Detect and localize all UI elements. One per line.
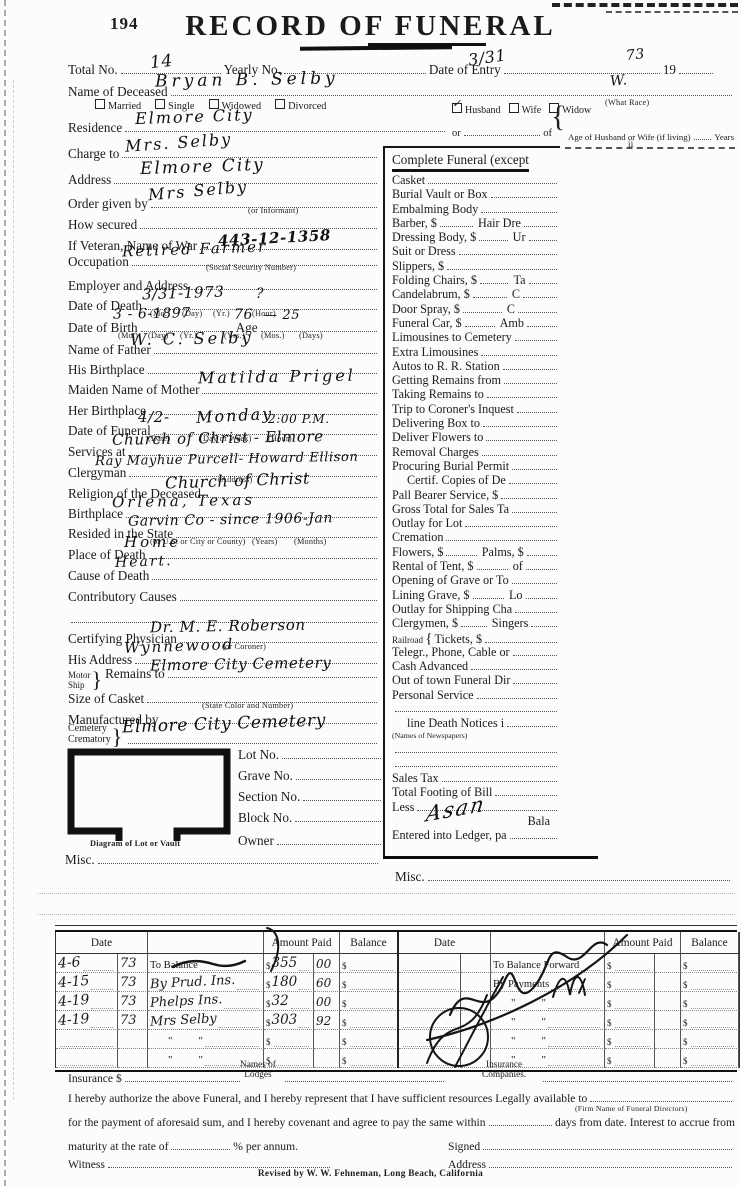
dotted-line xyxy=(277,833,381,845)
dotted-line xyxy=(282,747,381,759)
dotted-line xyxy=(513,646,557,656)
dotted-line xyxy=(543,1072,732,1082)
firm-name-sublabel: (Firm Name of Funeral Directors) xyxy=(575,1104,688,1113)
ledger-cell: 00 xyxy=(314,992,340,1011)
fee-line: Pall Bearer Service, $ xyxy=(392,488,560,502)
fee-text: Ta xyxy=(513,273,525,287)
handwritten-funeral-hour: 2:00 P.M. xyxy=(268,412,330,426)
handwritten-services: Church of Christ - Elmore xyxy=(112,427,324,449)
dotted-line xyxy=(489,1158,732,1168)
address-label: Address xyxy=(68,172,111,188)
ledger-cell xyxy=(118,1030,148,1049)
casket-size-label: Size of Casket xyxy=(68,691,144,707)
ship-label: Ship xyxy=(68,680,85,690)
ledger-cell xyxy=(399,992,461,1011)
dotted-line xyxy=(446,531,557,541)
ledger-cell xyxy=(655,954,681,973)
fee-text: Entered into Ledger, pa xyxy=(392,828,507,842)
dotted-line xyxy=(171,1140,230,1150)
dotted-line xyxy=(395,757,557,767)
lot-no-row: Lot No. xyxy=(238,747,384,763)
dotted-line xyxy=(295,810,381,822)
ledger-cell xyxy=(118,1049,148,1068)
dotted-line xyxy=(483,1140,732,1150)
dotted-line xyxy=(512,503,557,513)
fee-text: Tickets, $ xyxy=(434,632,482,645)
ledger-table: DateAmount PaidBalance4-673To Balance$35… xyxy=(55,930,737,1072)
dotted-line xyxy=(501,489,557,499)
ledger-cell xyxy=(399,954,461,973)
fees-heading: Complete Funeral (except xyxy=(392,152,560,173)
ledger-cell: $ xyxy=(605,1011,655,1030)
her-birthplace-label: Her Birthplace xyxy=(68,403,146,419)
lot-no-label: Lot No. xyxy=(238,747,279,763)
fee-line: Candelabrum, $C xyxy=(392,287,560,301)
fee-line: Telegr., Phone, Cable or xyxy=(392,645,560,659)
death-sub-yr: (Yr.) xyxy=(213,309,230,318)
payment-text-a: for the payment of aforesaid sum, and I … xyxy=(68,1116,486,1129)
dotted-line xyxy=(473,589,504,599)
dotted-line xyxy=(442,772,557,782)
fee-line: Autos to R. R. Station xyxy=(392,359,560,373)
railroad-brace: { xyxy=(425,631,432,645)
ledger-cell: $ xyxy=(340,992,398,1011)
fee-text: Outlay for Lot xyxy=(392,516,462,530)
ledger-cell xyxy=(56,1049,118,1068)
fee-text: Less xyxy=(392,800,414,814)
insurance-row: Insurance $ xyxy=(68,1072,243,1085)
ledger-cell xyxy=(461,1011,491,1030)
ledger-header-amount: Amount Paid xyxy=(264,932,340,954)
ledger-cell xyxy=(399,973,461,992)
diagram-caption: Diagram of Lot or Vault xyxy=(90,839,180,848)
fee-text: Barber, $ xyxy=(392,216,437,230)
ledger-cell xyxy=(399,1011,461,1030)
fee-line: Clergymen, $Singers xyxy=(392,616,560,630)
spouse-age-row: Age of Husband or Wife (if living) Years xyxy=(568,128,734,142)
fee-line: Burial Vault or Box xyxy=(392,187,560,201)
fee-line: Rental of Tent, $of xyxy=(392,559,560,573)
fee-text: Ur xyxy=(513,230,526,244)
dotted-line xyxy=(491,188,557,198)
cemetery-word: Cemetery xyxy=(68,723,107,734)
dotted-line xyxy=(518,303,557,313)
dotted-line xyxy=(465,317,495,327)
lodges-label: Names ofLodges xyxy=(240,1060,276,1080)
dotted-line xyxy=(471,660,557,670)
fee-line: Taking Remains to xyxy=(392,387,560,401)
cause-label: Cause of Death xyxy=(68,568,149,584)
dotted-line xyxy=(140,217,377,229)
dotted-line xyxy=(428,869,730,881)
checkbox-husband-label: Husband xyxy=(465,105,501,116)
ledger-cell xyxy=(461,954,491,973)
fee-text: Suit or Dress xyxy=(392,244,456,258)
informant-sublabel: (or Informant) xyxy=(248,206,299,215)
order-label: Order given by xyxy=(68,196,148,212)
fee-line: Out of town Funeral Dir xyxy=(392,673,560,687)
dotted-line xyxy=(285,1072,444,1082)
motor-ship-stack: MotorShip xyxy=(68,670,91,690)
ledger-cell: $303 xyxy=(264,1011,314,1030)
handwritten-remains: Elmore City Cemetery xyxy=(150,653,332,674)
ledger-cell: 00 xyxy=(314,954,340,973)
fee-line: Dressing Body, $Ur xyxy=(392,230,560,244)
fee-text: Palms, $ xyxy=(482,545,524,559)
railroad-stack: Railroador Motor xyxy=(392,635,424,645)
ruler-dashes xyxy=(565,147,735,149)
fee-text: Embalming Body xyxy=(392,202,478,216)
ledger-cell xyxy=(655,1030,681,1049)
fee-text: Gross Total for Sales Ta xyxy=(392,502,509,516)
checkbox-wife xyxy=(509,103,519,113)
dotted-line xyxy=(465,517,557,527)
dotted-line xyxy=(480,274,509,284)
checkbox-wife-label: Wife xyxy=(522,105,542,116)
section-no-row: Section No. xyxy=(238,789,384,805)
fee-text: Certif. Copies of De xyxy=(407,473,506,487)
fee-text: Slippers, $ xyxy=(392,259,444,273)
fee-line: Embalming Body xyxy=(392,202,560,216)
dotted-line xyxy=(180,589,377,601)
dotted-line xyxy=(125,1072,240,1082)
dotted-line xyxy=(482,446,557,456)
companies-label-1: Insurance xyxy=(486,1060,522,1070)
fee-text: C xyxy=(512,287,520,301)
fee-line: Lining Grave, $Lo xyxy=(392,588,560,602)
handwritten-birth-date: 3 - 6-1897 xyxy=(113,305,191,322)
title-underline xyxy=(300,45,452,51)
ledger-cell xyxy=(655,992,681,1011)
fee-line: Entered into Ledger, pa xyxy=(392,828,560,842)
dotted-line xyxy=(440,217,473,227)
misc-right-label: Misc. xyxy=(395,869,425,885)
handwritten-total-no: 14 xyxy=(149,51,174,73)
dotted-line xyxy=(504,374,557,384)
fee-line: Cremation xyxy=(392,530,560,544)
companies-label: InsuranceCompanies. xyxy=(482,1060,526,1080)
ledger-cell xyxy=(655,973,681,992)
ledger-cell: 4-19 xyxy=(56,1011,118,1030)
dotted-line xyxy=(447,260,557,270)
checkbox-divorced-label: Divorced xyxy=(288,101,326,112)
fee-text: Limousines to Cemetery xyxy=(392,330,512,344)
dotted-line xyxy=(529,274,558,284)
dotted-line xyxy=(483,417,557,427)
handwritten-death-date: 3/31-1973 xyxy=(142,283,225,304)
fee-line: Cash Advanced xyxy=(392,659,560,673)
ledger-header-balance: Balance xyxy=(681,932,739,954)
dotted-line xyxy=(481,203,557,213)
dotted-line xyxy=(459,245,557,255)
ledger-cell xyxy=(461,973,491,992)
fee-text: Candelabrum, $ xyxy=(392,287,470,301)
dotted-line xyxy=(526,560,557,570)
ledger-cell: To Balance Forward xyxy=(491,954,605,973)
ledger-cell: To Balance xyxy=(148,954,264,973)
fee-line: Flowers, $Palms, $ xyxy=(392,545,560,559)
revised-credit: Revised by W. W. Fehneman, Long Beach, C… xyxy=(0,1169,741,1179)
ledger-cell: $ xyxy=(681,992,739,1011)
dotted-line xyxy=(464,124,541,136)
fee-line: Procuring Burial Permit xyxy=(392,459,560,473)
ledger-header-date: Date xyxy=(399,932,491,954)
dotted-line xyxy=(507,717,557,727)
fee-text: Cash Advanced xyxy=(392,659,468,673)
name-label: Name of Deceased xyxy=(68,84,168,100)
ledger-cell: "" xyxy=(491,992,605,1011)
dotted-line xyxy=(503,360,557,370)
ruler-mark: ii xyxy=(628,139,633,149)
fee-text: Removal Charges xyxy=(392,445,479,459)
fee-line: Funeral Car, $Amb xyxy=(392,316,560,330)
ledger-cell xyxy=(491,932,605,954)
fee-text: line Death Notices i xyxy=(407,716,504,730)
handwritten-birthplace: Orlena, Texas xyxy=(112,491,255,511)
fee-line: Sales Tax xyxy=(392,771,560,785)
section-no-label: Section No. xyxy=(238,789,300,805)
dotted-line xyxy=(526,589,557,599)
fee-text: Lo xyxy=(509,588,523,602)
ledger-cell: 60 xyxy=(314,973,340,992)
checkbox-husband: ✓ xyxy=(452,103,462,113)
companies-dots xyxy=(540,1072,735,1082)
year-printed: 19 xyxy=(663,62,676,78)
ledger-cell: $ xyxy=(681,1030,739,1049)
fee-text: Sales Tax xyxy=(392,771,439,785)
fee-text: Bala xyxy=(528,814,550,828)
fee-line: Railroador Motor{Tickets, $ xyxy=(392,631,560,645)
faint-dotted-line-2 xyxy=(38,914,735,915)
dotted-line xyxy=(527,317,557,327)
authorize-text: I hereby authorize the above Funeral, an… xyxy=(68,1092,587,1105)
fee-line: Slippers, $ xyxy=(392,259,560,273)
ledger-cell: $ xyxy=(340,1011,398,1030)
misc-left-row: Misc. xyxy=(65,852,381,868)
ledger-cell: $ xyxy=(605,973,655,992)
fee-line: Suit or Dress xyxy=(392,244,560,258)
grave-no-row: Grave No. xyxy=(238,768,384,784)
dotted-line xyxy=(523,288,557,298)
handwritten-name: Bryan B. Selby xyxy=(155,68,339,91)
motor-label: Motor xyxy=(68,670,91,680)
ledger-cell: $ xyxy=(681,954,739,973)
ledger-right-half: DateAmount PaidBalanceTo Balance Forward… xyxy=(397,932,740,1068)
signed-row: Signed xyxy=(448,1140,735,1153)
fee-text: Door Spray, $ xyxy=(392,302,460,316)
ledger-header-amount: Amount Paid xyxy=(605,932,681,954)
ledger-cell xyxy=(314,1049,340,1068)
handwritten-funeral-date: 4/2- xyxy=(138,408,170,426)
fee-text: Dressing Body, $ xyxy=(392,230,476,244)
fee-text: Extra Limousines xyxy=(392,345,478,359)
fee-text: Autos to R. R. Station xyxy=(392,359,500,373)
dotted-line xyxy=(513,674,557,684)
fee-line: Personal Service xyxy=(392,688,560,702)
ledger-cell xyxy=(56,1030,118,1049)
fee-text: Trip to Coroner's Inquest xyxy=(392,402,514,416)
fee-text: Opening of Grave or To xyxy=(392,573,509,587)
ledger-cell: $ xyxy=(605,954,655,973)
ledger-cell: 4-15 xyxy=(56,973,118,992)
mother-label: Maiden Name of Mother xyxy=(68,382,199,398)
fee-text: Outlay for Shipping Cha xyxy=(392,602,512,616)
fee-text: Singers xyxy=(492,616,529,630)
ledger-cell: $ xyxy=(681,1011,739,1030)
ledger-cell: Mrs Selby xyxy=(148,1011,264,1030)
spouse-brace: { xyxy=(551,100,565,134)
fee-text: Deliver Flowers to xyxy=(392,430,483,444)
handwritten-months-days: — 25 xyxy=(264,308,300,323)
fee-line: Extra Limousines xyxy=(392,345,560,359)
ledger-header-date: Date xyxy=(56,932,148,954)
handwritten-death-place: Home xyxy=(124,533,181,551)
fee-line: Limousines to Cemetery xyxy=(392,330,560,344)
fees-bottom-rule xyxy=(383,856,598,859)
fee-text: Personal Service xyxy=(392,688,474,702)
dotted-line xyxy=(303,789,381,801)
fee-line: Trip to Coroner's Inquest xyxy=(392,402,560,416)
fee-line: Outlay for Shipping Cha xyxy=(392,602,560,616)
maturity-text-b: % per annum. xyxy=(233,1140,298,1153)
checkbox-married xyxy=(95,99,105,109)
payment-text-b: days from date. Interest to accrue from xyxy=(555,1116,735,1129)
handwritten-race: W. xyxy=(609,72,628,89)
fee-text: Funeral Car, $ xyxy=(392,316,462,330)
ledger-cell: $ xyxy=(264,1030,314,1049)
fee-text: Telegr., Phone, Cable or xyxy=(392,645,510,659)
dotted-line xyxy=(428,174,557,184)
maturity-text-a: maturity at the rate of xyxy=(68,1140,168,1153)
owner-label: Owner xyxy=(238,833,274,849)
ledger-cell: $ xyxy=(681,1049,739,1068)
fee-text: Clergymen, $ xyxy=(392,616,458,630)
ledger-cell: "" xyxy=(491,1011,605,1030)
ledger-cell xyxy=(399,1030,461,1049)
dotted-line xyxy=(395,743,557,753)
form-title: RECORD OF FUNERAL xyxy=(0,10,741,43)
dotted-line xyxy=(463,303,502,313)
fee-text: Delivering Box to xyxy=(392,416,480,430)
lodges-label-2: Lodges xyxy=(244,1070,271,1080)
dotted-line xyxy=(485,633,557,643)
handwritten-entry-year: 73 xyxy=(625,46,646,64)
faint-dotted-line xyxy=(38,893,735,894)
ledger-cell: $180 xyxy=(264,973,314,992)
dotted-line xyxy=(461,617,487,627)
dotted-line xyxy=(524,217,557,227)
dotted-line xyxy=(489,1116,553,1126)
ledger-cell: 4-19 xyxy=(56,992,118,1011)
ledger-cell: $ xyxy=(605,1049,655,1068)
dotted-line xyxy=(152,568,377,580)
ledger-cell xyxy=(148,932,264,954)
title-underline-2 xyxy=(368,43,486,46)
dotted-line xyxy=(296,768,381,780)
misc-left-label: Misc. xyxy=(65,852,95,868)
birth-sub-mos: (Mos.) xyxy=(261,331,285,340)
occupation-label: Occupation xyxy=(68,254,129,270)
signed-label: Signed xyxy=(448,1140,480,1153)
ledger-cell: 73 xyxy=(118,992,148,1011)
spouse-status-row: ✓ Husband Wife Widow xyxy=(452,103,605,116)
dotted-line xyxy=(477,560,508,570)
ledger-cell: 73 xyxy=(118,954,148,973)
ledger-cell xyxy=(461,1030,491,1049)
dotted-line xyxy=(98,852,378,864)
fee-line: line Death Notices i xyxy=(392,716,560,730)
fee-text: C xyxy=(507,302,515,316)
binding-dash-line-2 xyxy=(13,80,14,1100)
secured-label: How secured xyxy=(68,217,137,233)
fee-line xyxy=(392,743,560,757)
handwritten-mother: Matilda Prigel xyxy=(198,366,356,388)
maturity-line: maturity at the rate of% per annum. xyxy=(68,1140,298,1153)
lot-vault-diagram xyxy=(62,744,238,844)
ledger-cell: 73 xyxy=(118,973,148,992)
spouse-or-of-row: or of xyxy=(452,124,552,139)
fee-line: Certif. Copies of De xyxy=(392,473,560,487)
fee-text: of xyxy=(513,559,523,573)
dotted-line xyxy=(504,62,660,74)
payment-line: for the payment of aforesaid sum, and I … xyxy=(68,1116,735,1129)
dotted-line xyxy=(487,388,557,398)
dotted-line xyxy=(529,231,557,241)
dotted-line xyxy=(486,431,557,441)
dotted-line xyxy=(590,1092,732,1102)
ledger-cell: "" xyxy=(148,1030,264,1049)
checkbox-divorced xyxy=(275,99,285,109)
ledger-top-rule xyxy=(55,925,737,926)
handwritten-phys-address: Wynnewood xyxy=(124,635,235,657)
ledger-cell: $ xyxy=(605,992,655,1011)
ssn-sublabel: (Social Security Number) xyxy=(206,263,296,272)
contributory-label: Contributory Causes xyxy=(68,589,177,605)
ledger-cell xyxy=(655,1049,681,1068)
dotted-line xyxy=(515,603,557,613)
owner-row: Owner xyxy=(238,833,384,849)
field-row-order: Order given by xyxy=(68,196,380,212)
ledger-cell: "" xyxy=(491,1030,605,1049)
lodges-label-1: Names of xyxy=(240,1060,276,1070)
ledger-cell: $355 xyxy=(264,954,314,973)
handwritten-death-hour: ? xyxy=(256,286,264,302)
fee-text: Folding Chairs, $ xyxy=(392,273,477,287)
handwritten-cause: Heart. xyxy=(115,553,173,571)
fee-text: Flowers, $ xyxy=(392,545,443,559)
ledger-cell xyxy=(399,1049,461,1068)
handwritten-physician: Dr. M. E. Roberson xyxy=(150,616,306,637)
dotted-line xyxy=(446,546,476,556)
field-row-contributory: Contributory Causes xyxy=(68,589,380,605)
fees-panel: Complete Funeral (except CasketBurial Va… xyxy=(383,146,560,858)
dotted-line xyxy=(477,689,557,699)
fee-text: Casket xyxy=(392,173,425,187)
fee-text: (Names of Newspapers) xyxy=(392,731,467,740)
misc-right-row: Misc. xyxy=(395,869,733,885)
ledger-cell: $ xyxy=(681,973,739,992)
fee-text: Burial Vault or Box xyxy=(392,187,488,201)
insurance-label: Insurance $ xyxy=(68,1072,122,1085)
cemetery-crematory-stack: CemeteryCrematory xyxy=(68,723,111,745)
lodges-dots xyxy=(282,1072,447,1082)
residence-label: Residence xyxy=(68,120,122,136)
fee-text: Hair Dre xyxy=(478,216,521,230)
funeral-record-page: 194 RECORD OF FUNERAL Total No. Yearly N… xyxy=(0,0,741,1186)
total-no-label: Total No. xyxy=(68,62,118,78)
ledger-cell: $ xyxy=(340,973,398,992)
fee-text: Amb xyxy=(500,316,524,330)
